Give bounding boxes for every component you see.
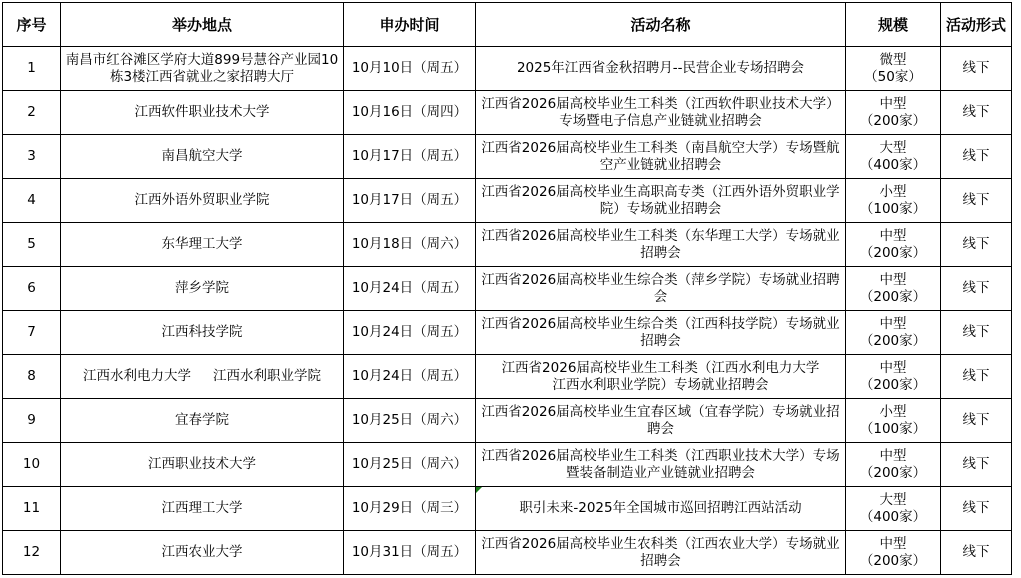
job-fair-schedule-table: 序号 举办地点 申办时间 活动名称 规模 活动形式 1 南昌市红谷滩区学府大道8… bbox=[2, 2, 1012, 575]
cell-name[interactable]: 江西省2026届高校毕业生宜春区域（宜春学院）专场就业招聘会 bbox=[476, 399, 846, 443]
cell-date[interactable]: 10月24日（周五） bbox=[344, 311, 476, 355]
header-date[interactable]: 申办时间 bbox=[344, 3, 476, 47]
cell-location[interactable]: 江西农业大学 bbox=[61, 531, 344, 575]
cell-date[interactable]: 10月25日（周六） bbox=[344, 399, 476, 443]
cell-scale[interactable]: 大型 （400家） bbox=[846, 487, 941, 531]
cell-no[interactable]: 7 bbox=[3, 311, 61, 355]
cell-name[interactable]: 江西省2026届高校毕业生农科类（江西农业大学）专场就业招聘会 bbox=[476, 531, 846, 575]
scale-type: 小型 bbox=[848, 184, 938, 201]
location-a: 江西水利电力大学 bbox=[83, 368, 191, 384]
scale-type: 微型 bbox=[848, 52, 938, 69]
table-row: 12 江西农业大学 10月31日（周五） 江西省2026届高校毕业生农科类（江西… bbox=[3, 531, 1012, 575]
cell-name[interactable]: 江西省2026届高校毕业生工科类（江西软件职业技术大学）专场暨电子信息产业链就业… bbox=[476, 91, 846, 135]
scale-count: （200家） bbox=[848, 245, 938, 262]
spreadsheet-area: 序号 举办地点 申办时间 活动名称 规模 活动形式 1 南昌市红谷滩区学府大道8… bbox=[2, 2, 1012, 575]
header-row: 序号 举办地点 申办时间 活动名称 规模 活动形式 bbox=[3, 3, 1012, 47]
scale-count: （50家） bbox=[848, 69, 938, 86]
cell-no[interactable]: 5 bbox=[3, 223, 61, 267]
cell-location[interactable]: 江西理工大学 bbox=[61, 487, 344, 531]
header-name[interactable]: 活动名称 bbox=[476, 3, 846, 47]
scale-type: 大型 bbox=[848, 492, 938, 509]
table-row: 6 萍乡学院 10月24日（周五） 江西省2026届高校毕业生综合类（萍乡学院）… bbox=[3, 267, 1012, 311]
cell-scale[interactable]: 中型 （200家） bbox=[846, 311, 941, 355]
cell-no[interactable]: 12 bbox=[3, 531, 61, 575]
cell-date[interactable]: 10月17日（周五） bbox=[344, 179, 476, 223]
cell-no[interactable]: 8 bbox=[3, 355, 61, 399]
cell-comment-indicator-icon[interactable] bbox=[476, 487, 482, 493]
cell-form[interactable]: 线下 bbox=[941, 91, 1012, 135]
cell-form[interactable]: 线下 bbox=[941, 355, 1012, 399]
cell-name[interactable]: 江西省2026届高校毕业生综合类（萍乡学院）专场就业招聘会 bbox=[476, 267, 846, 311]
cell-scale[interactable]: 中型 （200家） bbox=[846, 443, 941, 487]
cell-location[interactable]: 宜春学院 bbox=[61, 399, 344, 443]
cell-scale[interactable]: 微型 （50家） bbox=[846, 47, 941, 91]
scale-count: （400家） bbox=[848, 157, 938, 174]
cell-no[interactable]: 9 bbox=[3, 399, 61, 443]
cell-date[interactable]: 10月24日（周五） bbox=[344, 267, 476, 311]
cell-scale[interactable]: 中型 （200家） bbox=[846, 531, 941, 575]
cell-no[interactable]: 11 bbox=[3, 487, 61, 531]
cell-date[interactable]: 10月18日（周六） bbox=[344, 223, 476, 267]
cell-date[interactable]: 10月25日（周六） bbox=[344, 443, 476, 487]
cell-scale[interactable]: 中型 （200家） bbox=[846, 267, 941, 311]
scale-type: 大型 bbox=[848, 140, 938, 157]
cell-name[interactable]: 职引未来-2025年全国城市巡回招聘江西站活动 bbox=[476, 487, 846, 531]
scale-type: 中型 bbox=[848, 536, 938, 553]
cell-no[interactable]: 4 bbox=[3, 179, 61, 223]
cell-location[interactable]: 东华理工大学 bbox=[61, 223, 344, 267]
cell-date[interactable]: 10月31日（周五） bbox=[344, 531, 476, 575]
cell-form[interactable]: 线下 bbox=[941, 399, 1012, 443]
cell-form[interactable]: 线下 bbox=[941, 47, 1012, 91]
cell-name[interactable]: 江西省2026届高校毕业生综合类（江西科技学院）专场就业招聘会 bbox=[476, 311, 846, 355]
cell-location[interactable]: 南昌市红谷滩区学府大道899号慧谷产业园10栋3楼江西省就业之家招聘大厅 bbox=[61, 47, 344, 91]
table-row: 11 江西理工大学 10月29日（周三） 职引未来-2025年全国城市巡回招聘江… bbox=[3, 487, 1012, 531]
table-row: 4 江西外语外贸职业学院 10月17日（周五） 江西省2026届高校毕业生高职高… bbox=[3, 179, 1012, 223]
header-no[interactable]: 序号 bbox=[3, 3, 61, 47]
scale-type: 中型 bbox=[848, 448, 938, 465]
cell-name[interactable]: 江西省2026届高校毕业生高职高专类（江西外语外贸职业学院）专场就业招聘会 bbox=[476, 179, 846, 223]
cell-location[interactable]: 江西科技学院 bbox=[61, 311, 344, 355]
cell-form[interactable]: 线下 bbox=[941, 311, 1012, 355]
scale-count: （200家） bbox=[848, 553, 938, 570]
scale-type: 中型 bbox=[848, 272, 938, 289]
scale-count: （200家） bbox=[848, 377, 938, 394]
cell-scale[interactable]: 中型 （200家） bbox=[846, 223, 941, 267]
cell-form[interactable]: 线下 bbox=[941, 487, 1012, 531]
cell-scale[interactable]: 小型 （100家） bbox=[846, 179, 941, 223]
scale-type: 小型 bbox=[848, 404, 938, 421]
cell-location[interactable]: 萍乡学院 bbox=[61, 267, 344, 311]
table-row: 7 江西科技学院 10月24日（周五） 江西省2026届高校毕业生综合类（江西科… bbox=[3, 311, 1012, 355]
cell-scale[interactable]: 小型 （100家） bbox=[846, 399, 941, 443]
name-line-1: 江西省2026届高校毕业生工科类（江西水利电力大学 bbox=[478, 360, 843, 377]
cell-form[interactable]: 线下 bbox=[941, 135, 1012, 179]
cell-name-text: 职引未来-2025年全国城市巡回招聘江西站活动 bbox=[519, 500, 801, 516]
cell-name[interactable]: 江西省2026届高校毕业生工科类（南昌航空大学）专场暨航空产业链就业招聘会 bbox=[476, 135, 846, 179]
cell-form[interactable]: 线下 bbox=[941, 443, 1012, 487]
cell-date[interactable]: 10月16日（周四） bbox=[344, 91, 476, 135]
cell-date[interactable]: 10月10日（周五） bbox=[344, 47, 476, 91]
scale-type: 中型 bbox=[848, 228, 938, 245]
table-row: 5 东华理工大学 10月18日（周六） 江西省2026届高校毕业生工科类（东华理… bbox=[3, 223, 1012, 267]
cell-scale[interactable]: 大型 （400家） bbox=[846, 135, 941, 179]
cell-name[interactable]: 江西省2026届高校毕业生工科类（东华理工大学）专场就业招聘会 bbox=[476, 223, 846, 267]
header-scale[interactable]: 规模 bbox=[846, 3, 941, 47]
cell-location[interactable]: 江西软件职业技术大学 bbox=[61, 91, 344, 135]
cell-form[interactable]: 线下 bbox=[941, 179, 1012, 223]
scale-type: 中型 bbox=[848, 316, 938, 333]
cell-location[interactable]: 江西水利电力大学江西水利职业学院 bbox=[61, 355, 344, 399]
scale-count: （100家） bbox=[848, 201, 938, 218]
cell-no[interactable]: 1 bbox=[3, 47, 61, 91]
cell-form[interactable]: 线下 bbox=[941, 267, 1012, 311]
scale-count: （400家） bbox=[848, 509, 938, 526]
header-form[interactable]: 活动形式 bbox=[941, 3, 1012, 47]
cell-no[interactable]: 6 bbox=[3, 267, 61, 311]
scale-count: （200家） bbox=[848, 289, 938, 306]
cell-form[interactable]: 线下 bbox=[941, 223, 1012, 267]
cell-form[interactable]: 线下 bbox=[941, 531, 1012, 575]
scale-count: （200家） bbox=[848, 113, 938, 130]
scale-count: （100家） bbox=[848, 421, 938, 438]
cell-location[interactable]: 江西外语外贸职业学院 bbox=[61, 179, 344, 223]
cell-date[interactable]: 10月17日（周五） bbox=[344, 135, 476, 179]
cell-name[interactable]: 江西省2026届高校毕业生工科类（江西职业技术大学）专场暨装备制造业产业链就业招… bbox=[476, 443, 846, 487]
scale-type: 中型 bbox=[848, 360, 938, 377]
cell-date[interactable]: 10月29日（周三） bbox=[344, 487, 476, 531]
cell-location[interactable]: 南昌航空大学 bbox=[61, 135, 344, 179]
cell-scale[interactable]: 中型 （200家） bbox=[846, 91, 941, 135]
table-row: 9 宜春学院 10月25日（周六） 江西省2026届高校毕业生宜春区域（宜春学院… bbox=[3, 399, 1012, 443]
header-location[interactable]: 举办地点 bbox=[61, 3, 344, 47]
location-b: 江西水利职业学院 bbox=[213, 368, 321, 384]
table-row: 8 江西水利电力大学江西水利职业学院 10月24日（周五） 江西省2026届高校… bbox=[3, 355, 1012, 399]
table-row: 10 江西职业技术大学 10月25日（周六） 江西省2026届高校毕业生工科类（… bbox=[3, 443, 1012, 487]
cell-no[interactable]: 10 bbox=[3, 443, 61, 487]
name-line-2: 江西水利职业学院）专场就业招聘会 bbox=[478, 377, 843, 394]
cell-location[interactable]: 江西职业技术大学 bbox=[61, 443, 344, 487]
scale-count: （200家） bbox=[848, 333, 938, 350]
cell-no[interactable]: 2 bbox=[3, 91, 61, 135]
cell-name[interactable]: 2025年江西省金秋招聘月--民营企业专场招聘会 bbox=[476, 47, 846, 91]
cell-no[interactable]: 3 bbox=[3, 135, 61, 179]
table-row: 3 南昌航空大学 10月17日（周五） 江西省2026届高校毕业生工科类（南昌航… bbox=[3, 135, 1012, 179]
cell-date[interactable]: 10月24日（周五） bbox=[344, 355, 476, 399]
table-row: 2 江西软件职业技术大学 10月16日（周四） 江西省2026届高校毕业生工科类… bbox=[3, 91, 1012, 135]
scale-count: （200家） bbox=[848, 465, 938, 482]
scale-type: 中型 bbox=[848, 96, 938, 113]
cell-name[interactable]: 江西省2026届高校毕业生工科类（江西水利电力大学 江西水利职业学院）专场就业招… bbox=[476, 355, 846, 399]
table-row: 1 南昌市红谷滩区学府大道899号慧谷产业园10栋3楼江西省就业之家招聘大厅 1… bbox=[3, 47, 1012, 91]
cell-scale[interactable]: 中型 （200家） bbox=[846, 355, 941, 399]
